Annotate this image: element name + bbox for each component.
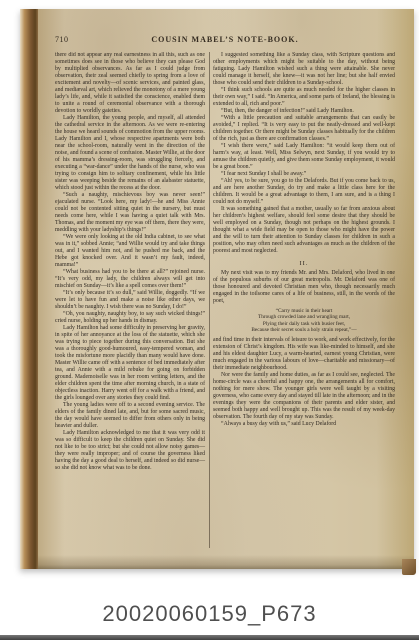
page-header: 710 COUSIN MABEL’S NOTE-BOOK. <box>55 35 395 46</box>
paragraph: “What business had you to be there at al… <box>55 269 205 290</box>
paragraph: “Always a busy day with us,” said Lucy D… <box>213 421 395 428</box>
right-column-part1: I suggested something like a Sunday clas… <box>213 52 395 255</box>
paragraph: “With a little precaution and suitable a… <box>213 115 395 143</box>
running-title: COUSIN MABEL’S NOTE-BOOK. <box>55 35 395 44</box>
section-heading: II. <box>213 260 395 267</box>
paragraph: I suggested something like a Sunday clas… <box>213 52 395 87</box>
book-spine <box>20 9 38 569</box>
verse-line: Because their secret souls a holy strain… <box>213 327 395 333</box>
paragraph: “Oh, you naughty, naughty boy, to say su… <box>55 311 205 325</box>
paragraph: “I fear next Sunday I shall be away.” <box>213 171 395 178</box>
verse-quote: “Carry music in their heartThrough crowd… <box>213 308 395 334</box>
page-number: 710 <box>55 35 69 44</box>
paragraph: The young ladies were off to a second ev… <box>55 402 205 430</box>
paragraph: “Such a naughty, mischievous boy was nev… <box>55 192 205 234</box>
scanner-edge-bar <box>0 635 419 640</box>
paragraph: Lady Hamilton acknowledged to me that it… <box>55 430 205 472</box>
paragraph: Lady Hamilton had some difficulty in pre… <box>55 325 205 402</box>
paragraph: My next visit was to my friends Mr. and … <box>213 270 395 305</box>
left-column: there did not appear any real earnestnes… <box>55 52 205 548</box>
paragraph: It was something gained that a mother, u… <box>213 206 395 255</box>
paragraph: “We were only looking at the old India c… <box>55 234 205 269</box>
paragraph: Lady Hamilton, the young people, and mys… <box>55 115 205 192</box>
column-divider-rule <box>209 52 210 548</box>
paragraph: “I wish there were,” said Lady Hamilton:… <box>213 143 395 171</box>
paragraph: “It’s only because it’s so dull,” said W… <box>55 290 205 311</box>
scanned-book-page: 710 COUSIN MABEL’S NOTE-BOOK. there did … <box>20 9 414 569</box>
archival-id-label: 20020060159_P673 <box>0 601 419 627</box>
paragraph: “But, then, the danger of infection!” sa… <box>213 108 395 115</box>
paragraph: and find time in their intervals of leis… <box>213 337 395 372</box>
right-column: I suggested something like a Sunday clas… <box>213 52 395 548</box>
book-cover-corner <box>402 559 416 575</box>
text-columns: there did not appear any real earnestnes… <box>55 52 395 548</box>
paragraph: “Ah! yes, to be sure, you go to the Dela… <box>213 178 395 206</box>
right-column-part2: My next visit was to my friends Mr. and … <box>213 270 395 305</box>
paragraph: “I think such schools are quite as much … <box>213 87 395 108</box>
right-column-part3: and find time in their intervals of leis… <box>213 337 395 428</box>
paragraph: there did not appear any real earnestnes… <box>55 52 205 115</box>
page-paper: 710 COUSIN MABEL’S NOTE-BOOK. there did … <box>38 9 414 569</box>
paragraph: Nor were the family and home duties, as … <box>213 372 395 421</box>
